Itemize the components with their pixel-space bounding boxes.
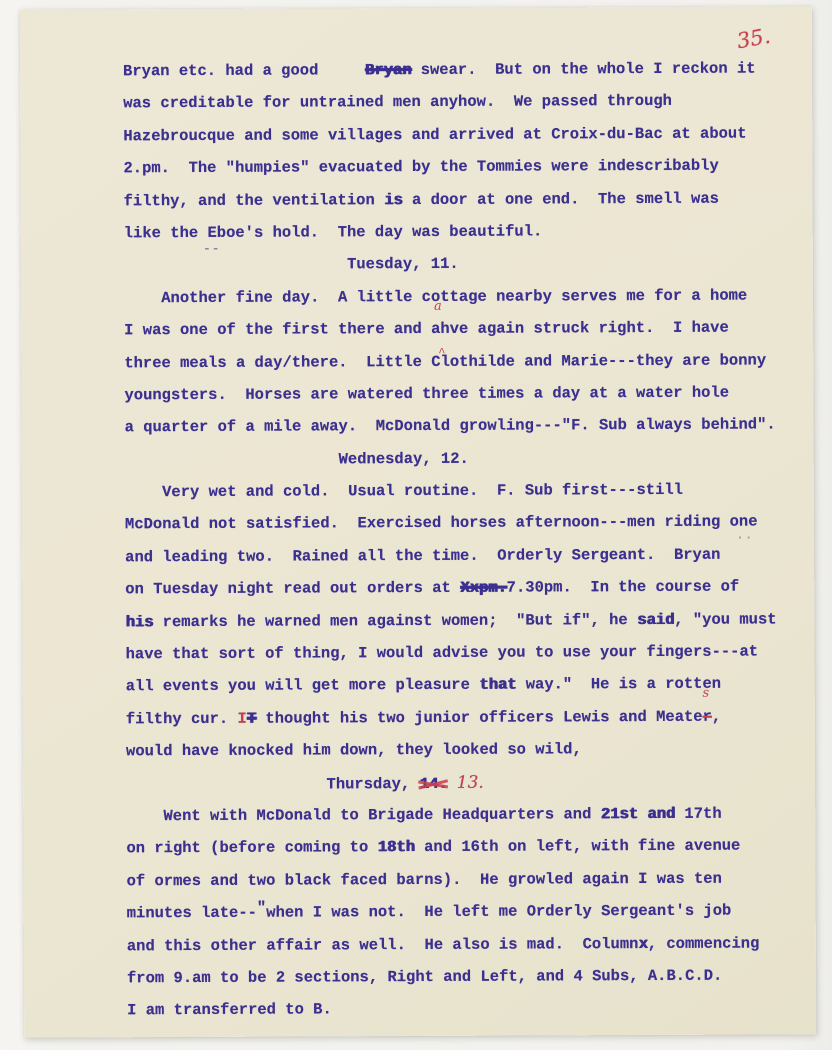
stray-mark: ·· (736, 533, 754, 543)
diary-page: 35. Bryan etc. had a good Bryan swear. B… (20, 6, 816, 1037)
typed-line: his remarks he warned men against women;… (125, 603, 773, 638)
stray-mark: -- (203, 244, 221, 254)
handwritten-red-correction: 13. (457, 772, 484, 792)
typed-line: all events you will get more pleasure th… (126, 668, 774, 703)
text-segment: a door at one end. The smell was (403, 189, 719, 208)
scanned-document: { "page": { "number_annotation": "35.", … (0, 0, 832, 1050)
overtyped-text: x (638, 935, 647, 953)
typed-line: Hazebroucque and some villages and arriv… (123, 117, 771, 152)
overtyped-text: 21st (601, 805, 638, 823)
overtyped-text: 18th (378, 838, 415, 856)
struck-out-text: T (247, 710, 256, 728)
typed-line: three meals a day/there. Little Clothild… (124, 344, 772, 379)
typed-line: have that sort of thing, I would advise … (126, 635, 774, 670)
text-segment: a quarter of a mile away. McDonald growl… (125, 416, 776, 437)
text-segment: 17th (675, 805, 722, 823)
typed-line: on Tuesday night read out orders at Xxpm… (125, 571, 773, 606)
text-segment: , (712, 707, 721, 725)
text-segment: swear. But on the whole I reckon it (411, 60, 755, 80)
overtyped-text: said (637, 611, 674, 629)
typed-line: minutes late--"when I was not. He left m… (127, 895, 775, 930)
text-segment (638, 805, 647, 823)
text-segment: again struck right. I have (468, 319, 729, 338)
page-number-annotation: 35. (735, 24, 772, 54)
typed-text-body: Bryan etc. had a good Bryan swear. But o… (123, 52, 775, 1027)
overtyped-text: his (125, 613, 153, 631)
red-superscript-letter: s (702, 688, 709, 700)
text-segment: all events you will get more pleasure (126, 676, 480, 696)
typed-line: from 9.am to be 2 sections, Right and Le… (127, 959, 775, 994)
text-segment: on Tuesday night read out orders at (125, 579, 460, 598)
text-segment: on right (before coming to (126, 839, 377, 858)
text-segment: way." He is a rotten (516, 675, 721, 694)
typed-line: of ormes and two black faced barns). He … (126, 862, 774, 897)
text-segment: have that sort of thing, I would advise … (126, 643, 759, 664)
text-segment: McDonald not satisfied. Exercised horses… (125, 513, 758, 534)
typo-with-correction-mark: ahvea^ (431, 313, 468, 346)
typed-line: Went with McDonald to Brigade Headquarte… (126, 797, 774, 832)
text-segment: and this other affair as well. He also i… (127, 935, 639, 955)
text-segment: youngsters. Horses are watered three tim… (124, 384, 729, 405)
overtyped-text: and (647, 805, 675, 823)
text-segment: Wednesday, 12. (339, 449, 469, 468)
text-segment: when I was not. He left me Orderly Serge… (266, 902, 731, 922)
typed-line: was creditable for untrained men anyhow.… (123, 85, 771, 120)
text-segment: and 16th on left, with fine avenue (415, 837, 741, 856)
text-segment: would have knocked him down, they looked… (126, 740, 582, 760)
text-segment: filthy, and the ventilation (124, 191, 385, 210)
typed-line: youngsters. Horses are watered three tim… (124, 376, 772, 411)
typed-line: like the Eboe's hold. The day was beauti… (124, 214, 772, 249)
text-segment: filthy cur. (126, 710, 238, 728)
letter-replaced-in-red: rs (703, 701, 712, 733)
typed-line: would have knocked him down, they looked… (126, 733, 774, 768)
text-segment: Tuesday, 11. (347, 255, 459, 273)
text-segment: minutes late-- (127, 904, 257, 923)
date-heading-line: Thursday, 14. 13. (126, 765, 774, 800)
stray-mark: ·· (214, 938, 232, 948)
text-segment: Bryan etc. had a good (123, 61, 365, 80)
text-segment: Very wet and cold. Usual routine. F. Sub… (125, 481, 683, 501)
typed-line: Bryan etc. had a good Bryan swear. But o… (123, 52, 771, 87)
text-segment: , "you must (674, 610, 776, 628)
text-segment (447, 774, 456, 792)
text-segment: 2.pm. The "humpies" evacuated by the Tom… (123, 157, 718, 178)
text-segment: 7.30pm. In the course of (507, 578, 740, 597)
overtyped-text: is (384, 191, 403, 209)
text-segment: remarks he warned men against women; "Bu… (153, 611, 637, 631)
typed-line: Another fine day. A little cottage nearb… (124, 279, 772, 314)
red-superscript-letter: a (434, 301, 442, 313)
red-caret-mark: ^ (438, 346, 445, 358)
typed-line: I was one of the first there and ahvea^ … (124, 312, 772, 347)
overtyped-text: that (479, 676, 516, 694)
text-segment: was creditable for untrained men anyhow.… (123, 92, 672, 112)
text-segment: and leading two. Rained all the time. Or… (125, 546, 720, 567)
red-ink-correction: I (237, 710, 246, 728)
typed-line: and leading two. Rained all the time. Or… (125, 538, 773, 573)
text-segment: I was one of the first there and (124, 320, 431, 339)
text-segment: thought his two junior officers Lewis an… (256, 708, 703, 728)
text-segment: , commencing (648, 934, 760, 952)
text-segment: from 9.am to be 2 sections, Right and Le… (127, 967, 722, 988)
red-cancelled-text: 14. (419, 767, 447, 800)
text-segment: Thursday, (326, 775, 419, 793)
typed-line: Very wet and cold. Usual routine. F. Sub… (125, 474, 773, 509)
raised-text: " (257, 892, 266, 924)
struck-out-text: Bryan (365, 61, 412, 79)
typed-line: filthy, and the ventilation is a door at… (124, 182, 772, 217)
typed-line: McDonald not satisfied. Exercised horses… (125, 506, 773, 541)
text-segment: Hazebroucque and some villages and arriv… (123, 124, 746, 145)
typed-line: filthy cur. IT thought his two junior of… (126, 700, 774, 735)
struck-out-text: Xxpm. (460, 579, 507, 597)
text-segment: of ormes and two black faced barns). He … (127, 869, 722, 890)
typed-line: on right (before coming to 18th and 16th… (126, 830, 774, 865)
text-segment: I am transferred to B. (127, 1001, 332, 1020)
typed-line: a quarter of a mile away. McDonald growl… (125, 409, 773, 444)
text-segment: Went with McDonald to Brigade Headquarte… (126, 805, 600, 825)
date-heading-line: Tuesday, 11. (124, 247, 772, 282)
typed-line: 2.pm. The "humpies" evacuated by the Tom… (123, 150, 771, 185)
date-heading-line: Wednesday, 12. (125, 441, 773, 476)
text-segment: like the Eboe's hold. The day was beauti… (124, 222, 543, 242)
typed-line: I am transferred to B. (127, 992, 775, 1027)
